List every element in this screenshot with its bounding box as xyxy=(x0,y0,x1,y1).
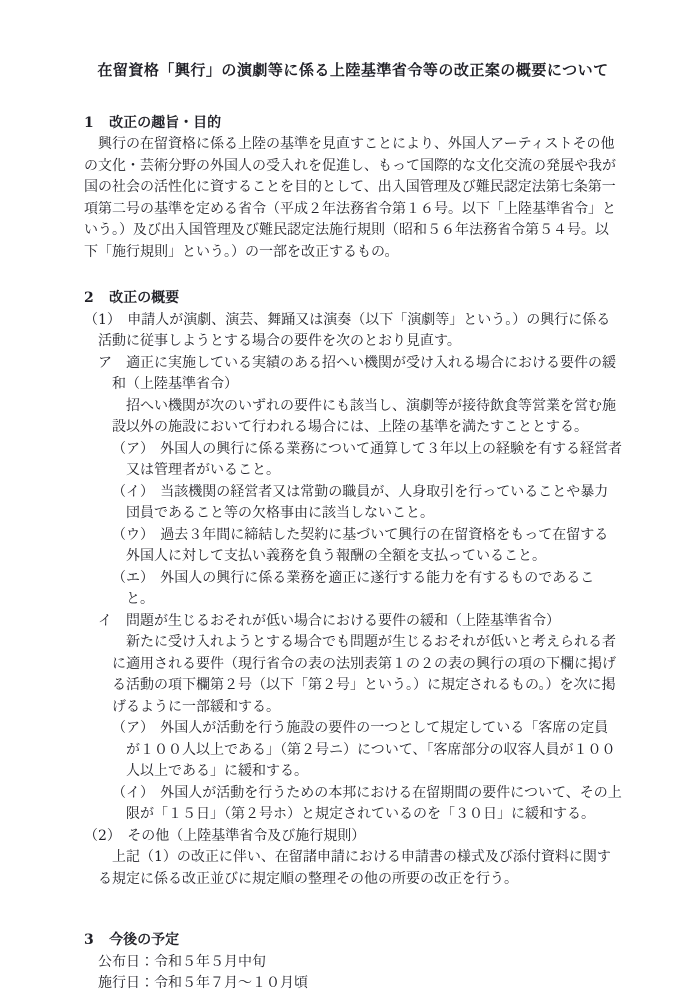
item-2-text: その他（上陸基準省令及び施行規則） xyxy=(127,828,365,844)
item-2-body: 上記（1）の改正に伴い、在留諸申請における申請書の様式及び添付資料に関する規定に… xyxy=(84,847,622,890)
item-2: （2）その他（上陸基準省令及び施行規則） xyxy=(84,826,622,848)
section-1-heading: 1改正の趣旨・目的 xyxy=(84,113,622,135)
sub-a-item-3-marker: （ウ） xyxy=(112,527,154,543)
item-1-text: 申請人が演劇、演芸、舞踊又は演奏（以下「演劇等」という。）の興行に係る活動に従事… xyxy=(98,312,610,350)
promulgation-date-line: 公布日：令和５年５月中旬 xyxy=(84,952,622,974)
item-2-marker: （2） xyxy=(84,828,121,844)
sub-i-heading: イ問題が生じるおそれが低い場合における要件の緩和（上陸基準省令） xyxy=(84,611,622,633)
item-1: （1）申請人が演劇、演芸、舞踊又は演奏（以下「演劇等」という。）の興行に係る活動… xyxy=(84,310,622,353)
section-1-number: 1 xyxy=(84,113,94,135)
sub-a-item-1-text: 外国人の興行に係る業務について通算して３年以上の経験を有する経営者又は管理者がい… xyxy=(126,441,622,479)
sub-i-item-1-text: 外国人が活動を行う施設の要件の一つとして規定している「客席の定員が１００人以上で… xyxy=(126,720,615,779)
sub-a-item-3-text: 過去３年間に締結した契約に基づいて興行の在留資格をもって在留する外国人に対して支… xyxy=(126,527,608,565)
section-schedule: 3今後の予定 公布日：令和５年５月中旬 施行日：令和５年７月～１０月頃 xyxy=(84,930,622,995)
sub-a-body: 招へい機関が次のいずれの要件にも該当し、演劇等が接待飲食等営業を営む施設以外の施… xyxy=(84,396,622,439)
enforcement-date-line: 施行日：令和５年７月～１０月頃 xyxy=(84,973,622,995)
section-2-heading: 2改正の概要 xyxy=(84,288,622,310)
sub-a-item-1: （ア）外国人の興行に係る業務について通算して３年以上の経験を有する経営者又は管理… xyxy=(84,439,622,482)
item-1-marker: （1） xyxy=(84,312,121,328)
section-1-heading-label: 改正の趣旨・目的 xyxy=(109,115,221,131)
section-purpose: 1改正の趣旨・目的 興行の在留資格に係る上陸の基準を見直すことにより、外国人アー… xyxy=(84,113,622,264)
sub-i-body: 新たに受け入れようとする場合でも問題が生じるおそれが低いと考えられる者に適用され… xyxy=(84,632,622,718)
section-3-heading: 3今後の予定 xyxy=(84,930,622,952)
sub-i-item-1-marker: （ア） xyxy=(112,720,154,736)
sub-i-marker: イ xyxy=(98,613,112,629)
section-2-number: 2 xyxy=(84,288,94,310)
sub-i-heading-text: 問題が生じるおそれが低い場合における要件の緩和（上陸基準省令） xyxy=(126,613,560,629)
section-1-body: 興行の在留資格に係る上陸の基準を見直すことにより、外国人アーティストその他の文化… xyxy=(84,134,622,263)
section-3-heading-label: 今後の予定 xyxy=(109,932,179,948)
sub-i-item-1: （ア）外国人が活動を行う施設の要件の一つとして規定している「客席の定員が１００人… xyxy=(84,718,622,783)
sub-i-item-2: （イ）外国人が活動を行うための本邦における在留期間の要件について、その上限が「１… xyxy=(84,783,622,826)
sub-a-item-4-marker: （エ） xyxy=(112,570,154,586)
document-title: 在留資格「興行」の演劇等に係る上陸基準省令等の改正案の概要について xyxy=(84,60,622,82)
document-page: 在留資格「興行」の演劇等に係る上陸基準省令等の改正案の概要について 1改正の趣旨… xyxy=(0,0,700,998)
sub-i-item-2-marker: （イ） xyxy=(112,785,154,801)
section-2-heading-label: 改正の概要 xyxy=(109,290,179,306)
sub-a-heading-text: 適正に実施している実績のある招へい機関が受け入れる場合における要件の緩和（上陸基… xyxy=(112,355,616,393)
sub-a-marker: ア xyxy=(98,355,112,371)
sub-i-item-2-text: 外国人が活動を行うための本邦における在留期間の要件について、その上限が「１５日」… xyxy=(126,785,622,823)
sub-a-item-1-marker: （ア） xyxy=(112,441,154,457)
section-3-number: 3 xyxy=(84,930,94,952)
sub-a-item-4-text: 外国人の興行に係る業務を適正に遂行する能力を有するものであること。 xyxy=(126,570,594,608)
section-overview: 2改正の概要 （1）申請人が演劇、演芸、舞踊又は演奏（以下「演劇等」という。）の… xyxy=(84,288,622,890)
sub-a-item-2-text: 当該機関の経営者又は常勤の職員が、人身取引を行っていることや暴力団員であること等… xyxy=(126,484,608,522)
sub-a-item-2-marker: （イ） xyxy=(112,484,154,500)
sub-a-item-4: （エ）外国人の興行に係る業務を適正に遂行する能力を有するものであること。 xyxy=(84,568,622,611)
sub-a-heading: ア適正に実施している実績のある招へい機関が受け入れる場合における要件の緩和（上陸… xyxy=(84,353,622,396)
sub-a-item-2: （イ）当該機関の経営者又は常勤の職員が、人身取引を行っていることや暴力団員である… xyxy=(84,482,622,525)
sub-a-item-3: （ウ）過去３年間に締結した契約に基づいて興行の在留資格をもって在留する外国人に対… xyxy=(84,525,622,568)
